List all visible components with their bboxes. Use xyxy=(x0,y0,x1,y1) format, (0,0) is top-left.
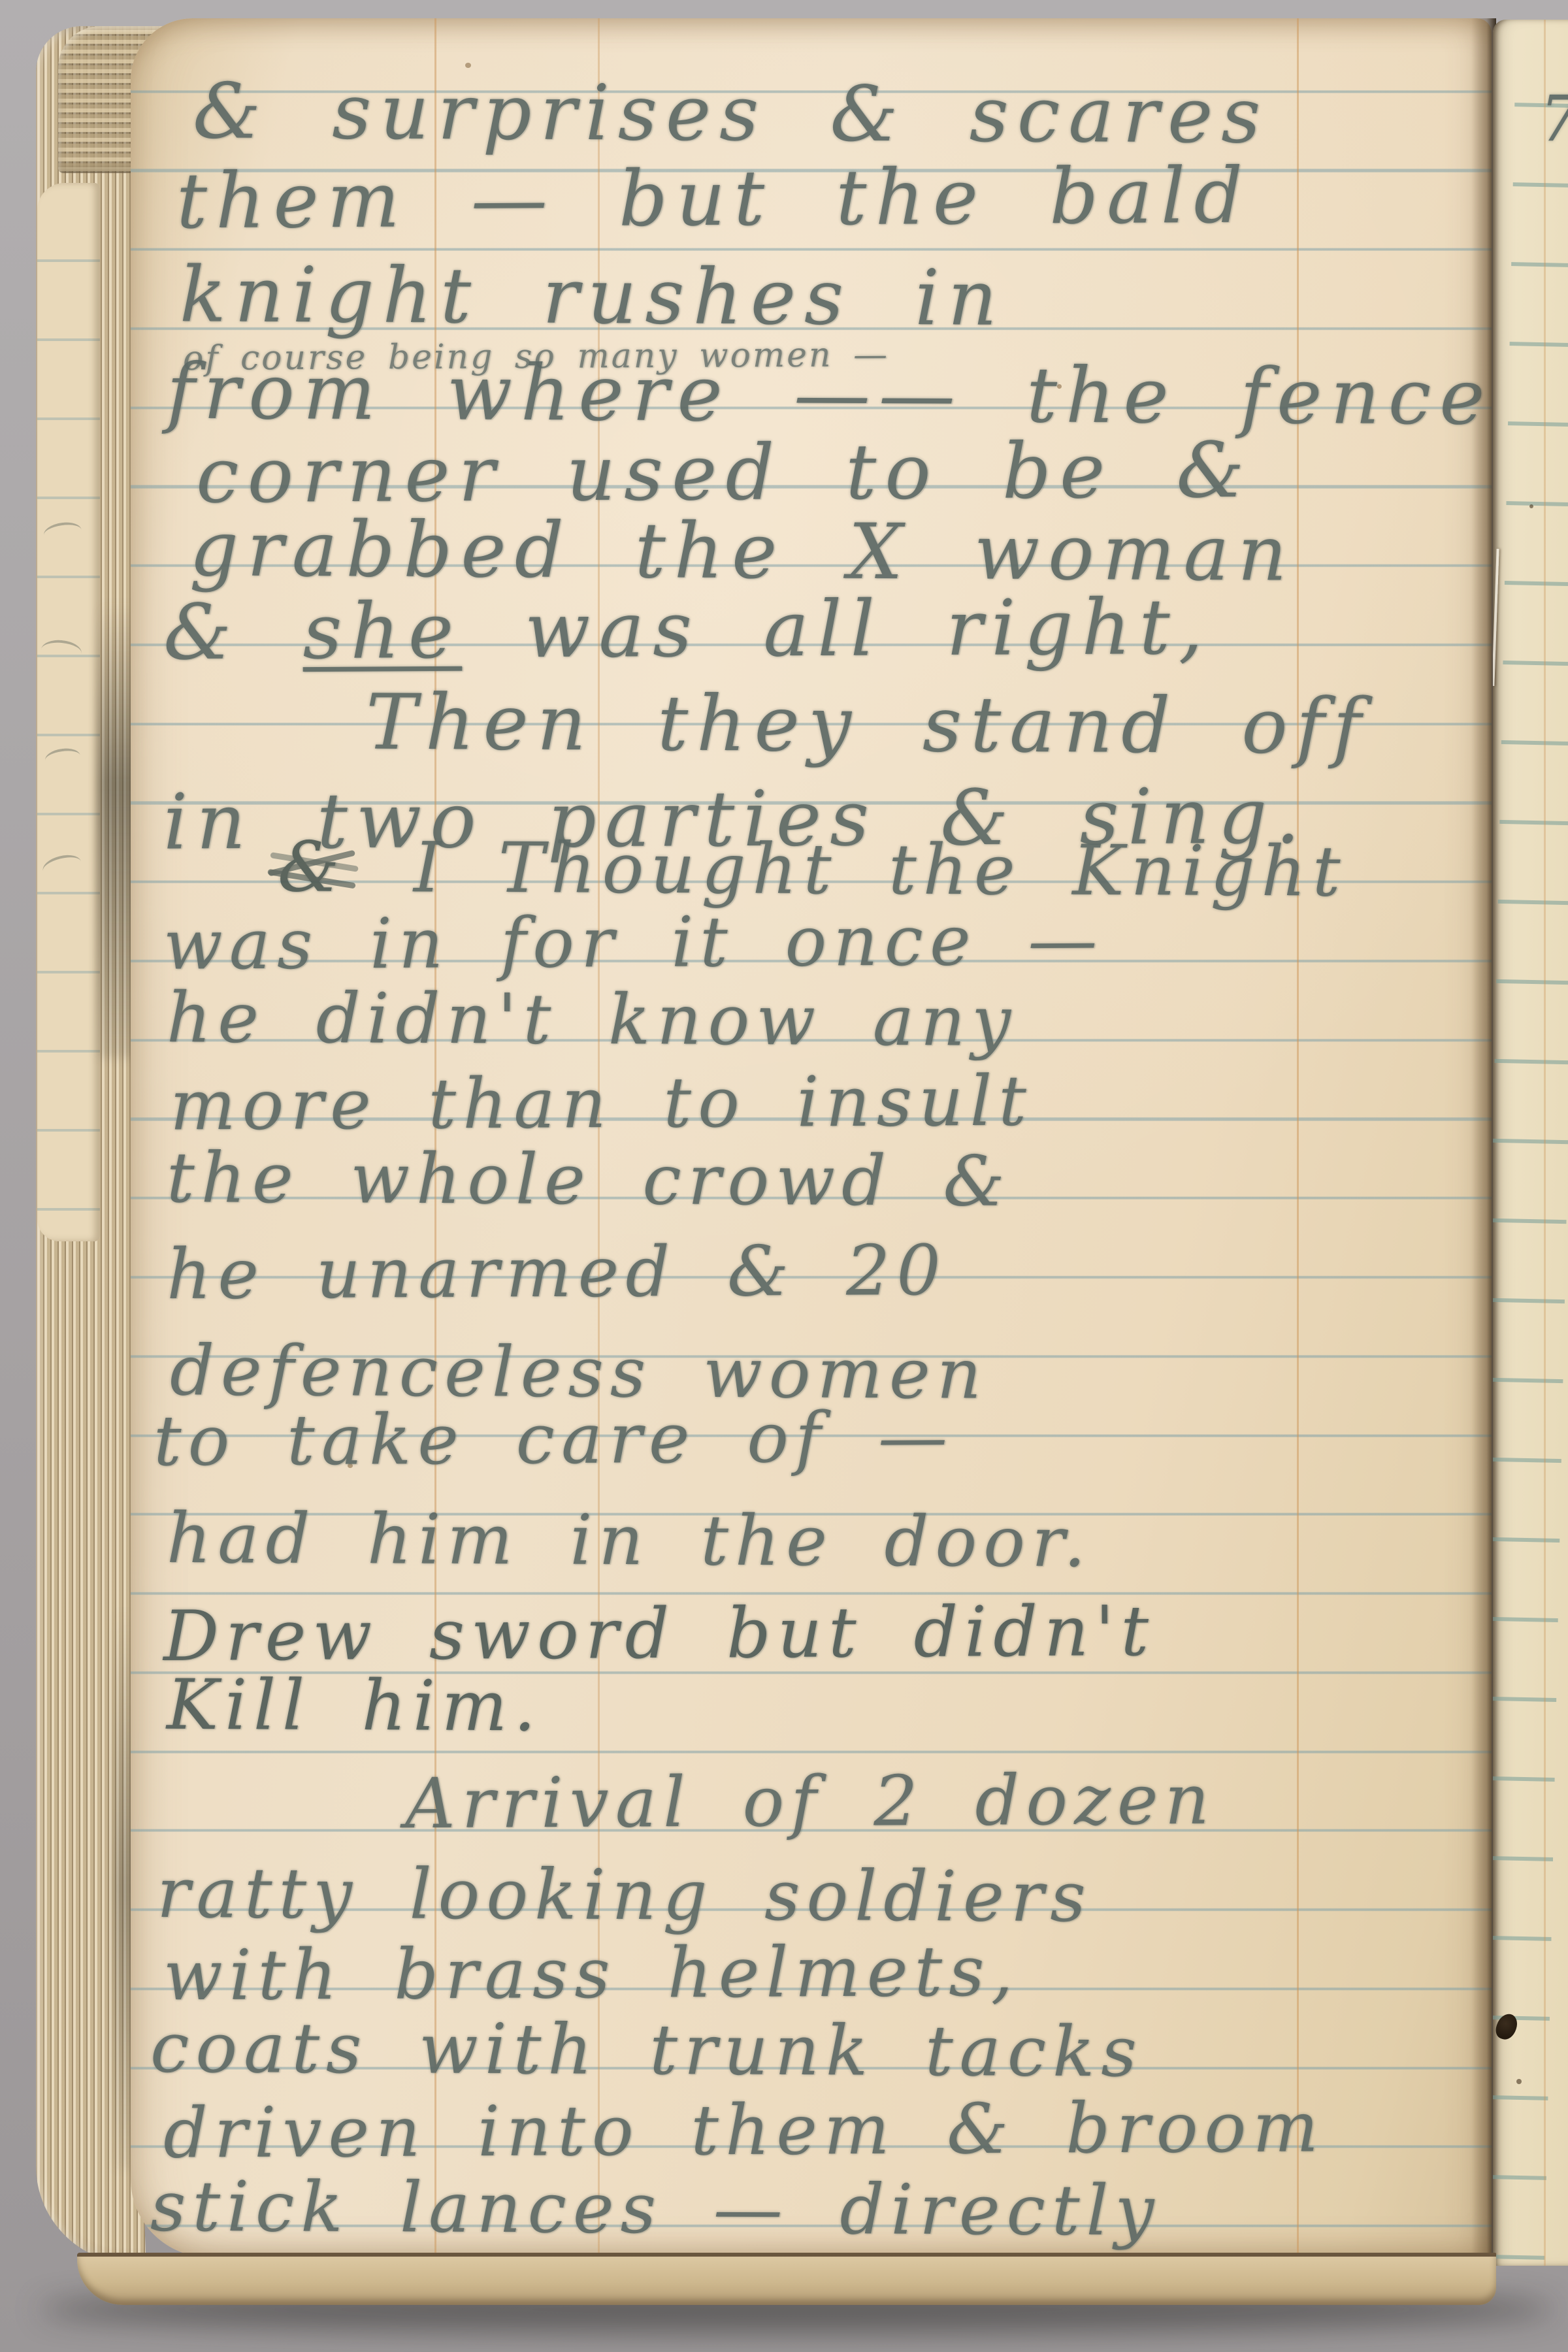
handwriting-line: knight rushes in xyxy=(180,256,1006,336)
fore-edge-pencil-mark xyxy=(44,746,81,769)
handwriting-line: more than to insult xyxy=(170,1067,1033,1141)
photo-backdrop: & surprises & scares them — but the bald… xyxy=(0,0,1568,2352)
handwriting-line: ratty looking soldiers xyxy=(157,1859,1092,1932)
line-8-post: was all right, xyxy=(462,582,1212,676)
struck-out-word: & xyxy=(278,832,346,902)
fore-edge-pencil-mark xyxy=(41,851,84,881)
fore-edge-pencil-mark xyxy=(42,520,83,545)
handwriting-line: with brass helmets, xyxy=(163,1937,1020,2011)
handwriting-line: Arrival of 2 dozen xyxy=(405,1765,1216,1838)
under-page-edge xyxy=(37,183,100,1241)
page-number: 7 xyxy=(1540,82,1568,155)
handwriting-line: & I Thought the Knight xyxy=(278,832,1347,906)
handwriting-line: & surprises & scares xyxy=(193,73,1269,154)
handwriting-line: stick lances — directly xyxy=(150,2172,1161,2246)
handwriting-line: Kill him. xyxy=(167,1671,542,1742)
ruled-lines xyxy=(1493,20,1568,2266)
handwriting-line: to take care of — xyxy=(154,1403,955,1476)
left-page: & surprises & scares them — but the bald… xyxy=(131,18,1492,2257)
line-11-rest: I Thought the Knight xyxy=(363,827,1347,912)
handwriting-line: corner used to be & xyxy=(196,432,1253,514)
handwriting-line: grabbed the X woman xyxy=(189,510,1296,591)
book-bottom-edge xyxy=(77,2253,1496,2305)
handwriting-line: he unarmed & 20 xyxy=(167,1236,947,1309)
paper-speck xyxy=(1516,2079,1522,2084)
handwriting-line: from where —— the fence xyxy=(167,353,1492,436)
paper-crease xyxy=(1493,549,1499,686)
handwriting-line: coats with trunk tacks xyxy=(150,2014,1143,2087)
handwriting-line: was in for it once — xyxy=(163,906,1104,980)
right-page-edge: 7 xyxy=(1493,20,1568,2266)
handwriting-line: & she was all right, xyxy=(163,589,1211,670)
margin-line xyxy=(1544,20,1546,2266)
handwriting-line: driven into them & broom xyxy=(163,2093,1325,2168)
handwriting-line: them — but the bald xyxy=(176,157,1252,240)
handwriting-line: the whole crowd & xyxy=(167,1143,1011,1217)
paper-speck xyxy=(1529,504,1533,508)
line-8-pre: & xyxy=(163,587,303,677)
fore-edge-pencil-mark xyxy=(40,638,82,664)
line-8-underlined-word: she xyxy=(302,586,462,676)
handwriting-line: Then they stand off xyxy=(366,684,1370,765)
handwriting-line: he didn't know any xyxy=(167,983,1018,1056)
handwriting-line: Drew sword but didn't xyxy=(163,1597,1156,1671)
handwriting-line: had him in the door. xyxy=(167,1504,1092,1577)
